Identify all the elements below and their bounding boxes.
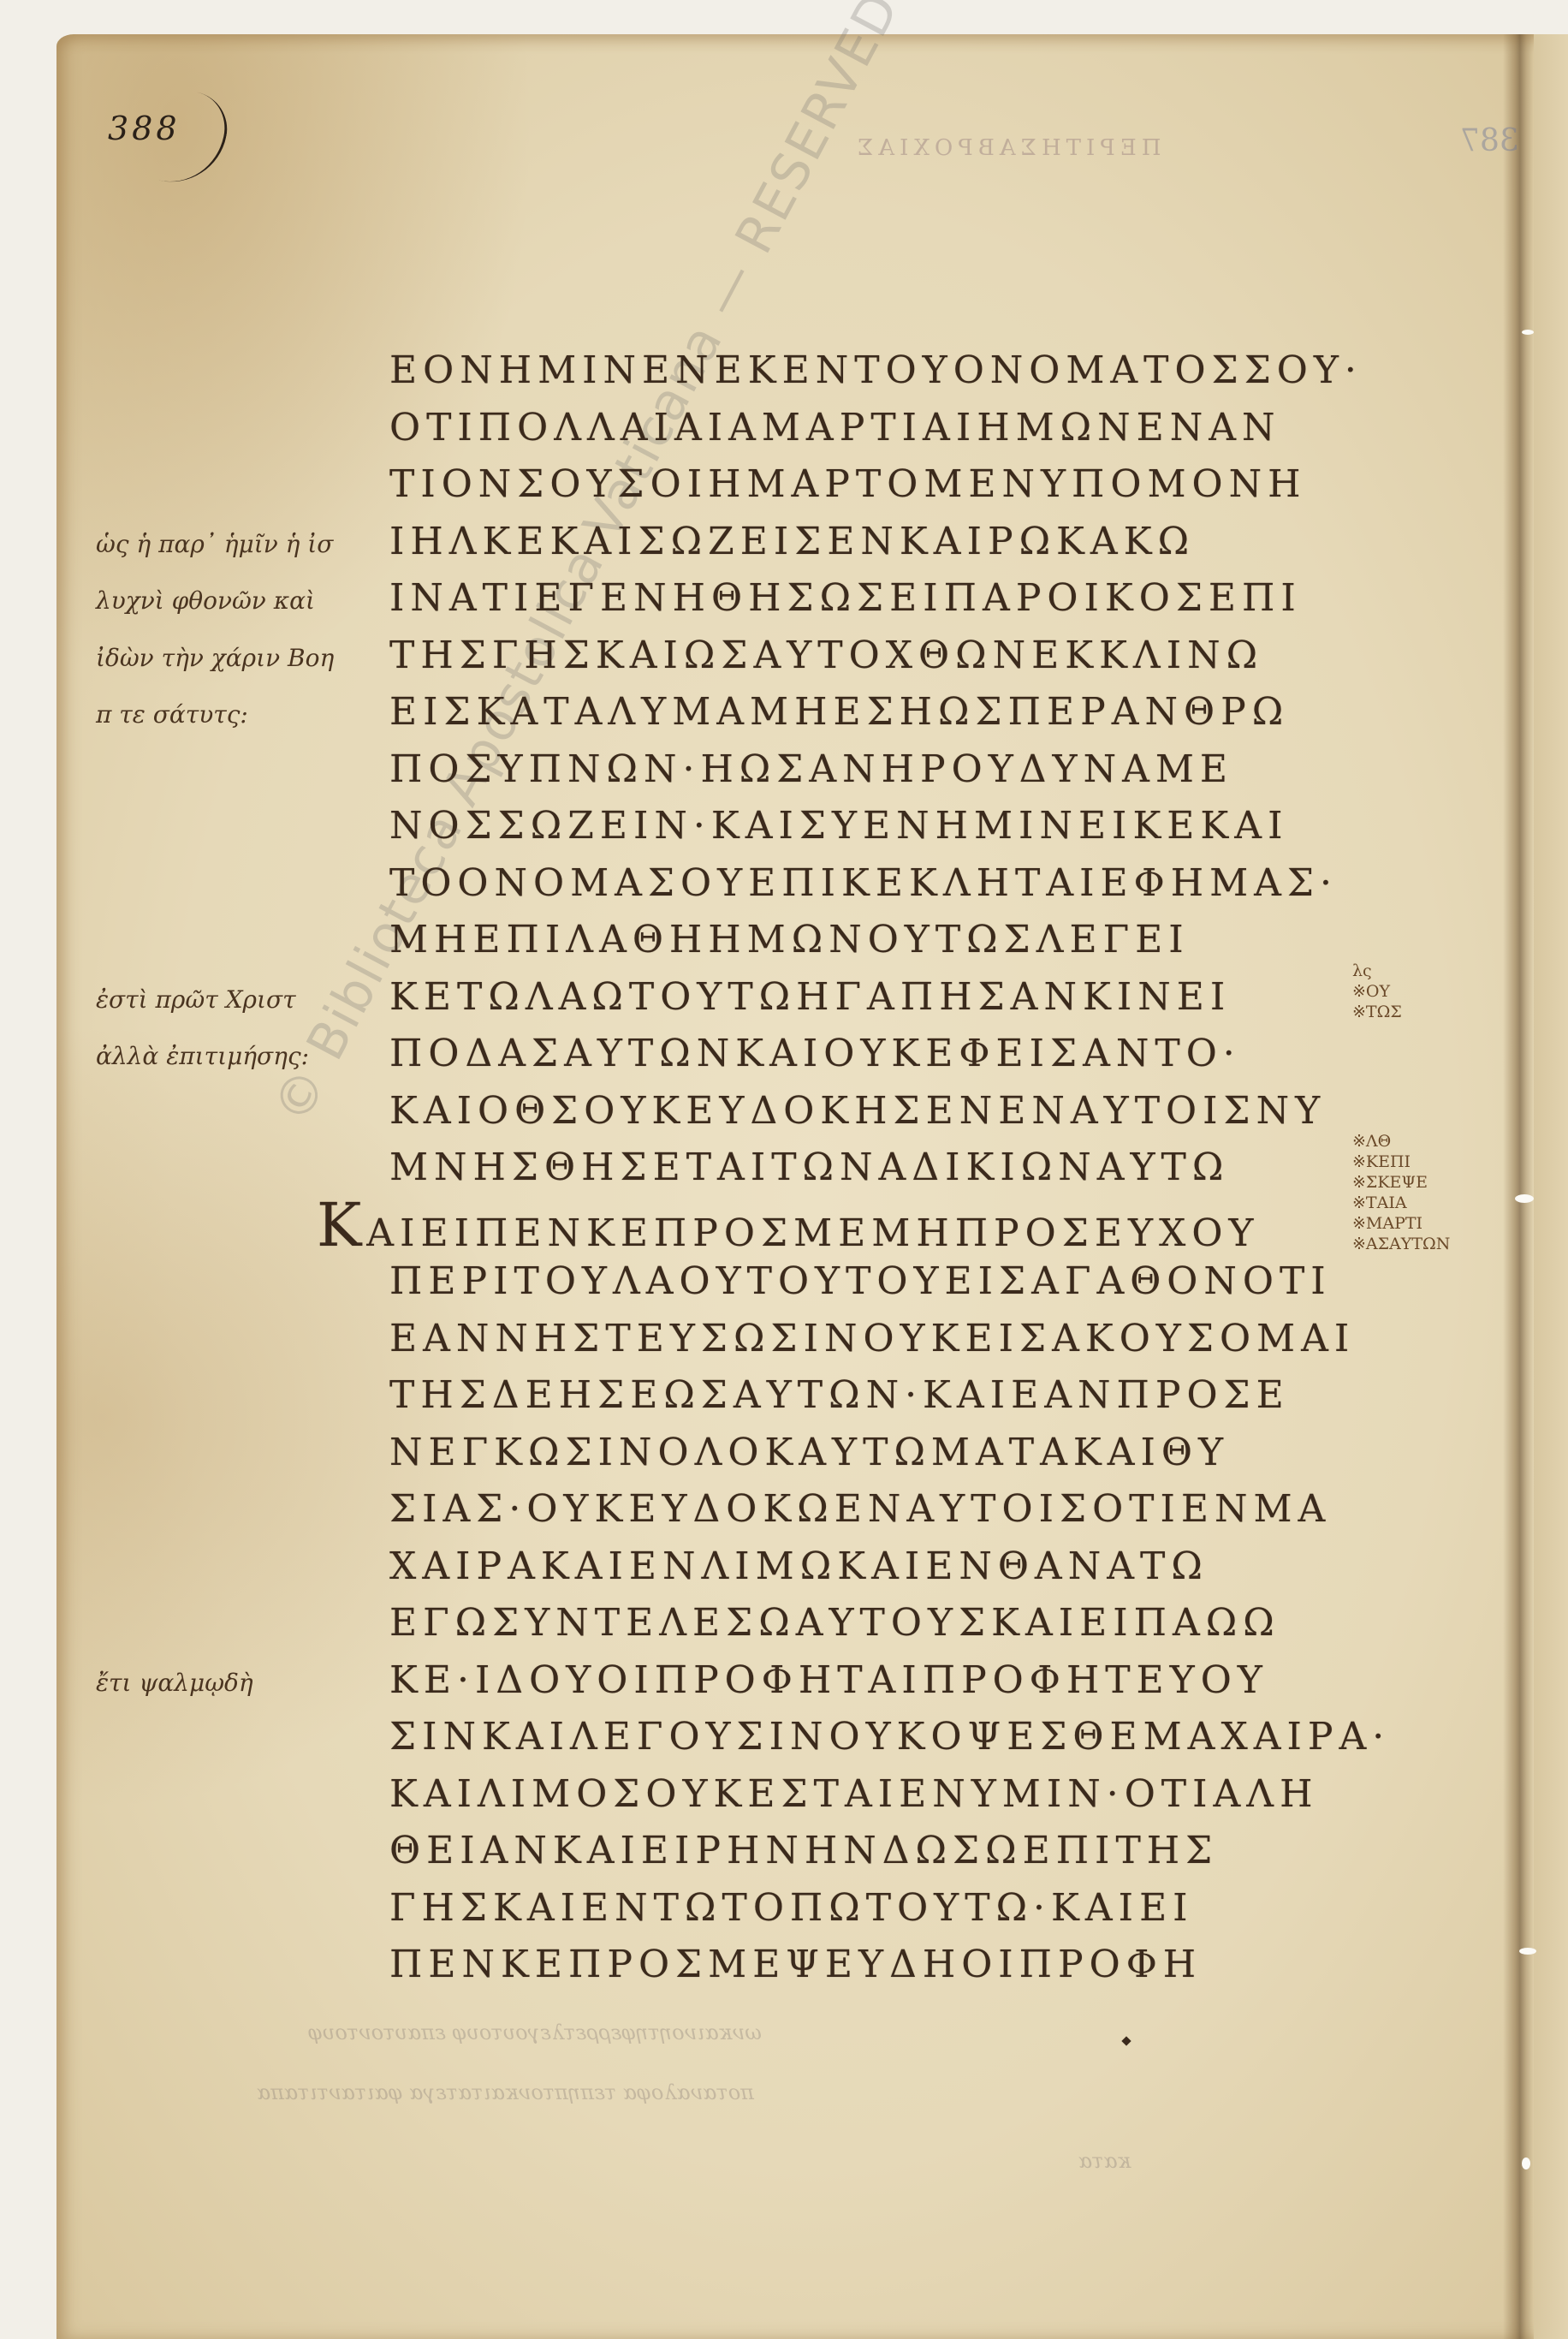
text-line: ΝΕΓΚΩΣΙΝΟΛΟΚΑΥΤΩΜΑΤΑΚΑΙΘΥ bbox=[389, 1425, 1434, 1482]
binding-hole bbox=[1522, 330, 1534, 335]
corrector-note-line: ※ΤΑΙΑ bbox=[1352, 1193, 1450, 1213]
binding-gutter bbox=[1503, 34, 1534, 2339]
text-line: ΝΟΣΣΩΖΕΙΝ·ΚΑΙΣΥΕΝΗΜΙΝΕΙΚΕΚΑΙ bbox=[389, 798, 1434, 855]
text-line: ΠΕΡΙΤΟΥΛΑΟΥΤΟΥΤΟΥΕΙΣΑΓΑΘΟΝΟΤΙ bbox=[389, 1253, 1434, 1311]
text-line: ΚΕ·ΙΔΟΥΟΙΠΡΟΦΗΤΑΙΠΡΟΦΗΤΕΥΟΥ bbox=[389, 1652, 1434, 1710]
marginal-annotation: ἀλλὰ ἐπιτιμήσης: bbox=[96, 1031, 309, 1082]
marginal-annotation: λυχνὶ φθονῶν καὶ bbox=[96, 575, 315, 627]
bleed-through-line: ωνκαινοητηφερρετλεγουτουφ επαυτοντουφ bbox=[308, 2021, 762, 2044]
corrector-note: ※ΛΘ※ΚΕΠΙ※ΣΚΕΨΕ※ΤΑΙΑ※ΜΑΡΤΙ※ΑΣΑΥΤΩΝ bbox=[1352, 1131, 1450, 1254]
text-line-content: ΑΙΕΙΠΕΝΚΕΠΡΟΣΜΕΜΗΠΡΟΣΕΥΧΟΥ bbox=[366, 1211, 1259, 1255]
text-line: ΘΕΙΑΝΚΑΙΕΙΡΗΝΗΝΔΩΣΩΕΠΙΤΗΣ bbox=[389, 1823, 1434, 1880]
text-line: ΓΗΣΚΑΙΕΝΤΩΤΟΠΩΤΟΥΤΩ·ΚΑΙΕΙ bbox=[389, 1880, 1434, 1937]
corrector-note-line: ※ΤΩΣ bbox=[1352, 1002, 1402, 1022]
corrector-note-line: ※ΛΘ bbox=[1352, 1131, 1450, 1152]
marginal-annotation: ἔτι ψαλμῳδὴ bbox=[96, 1658, 253, 1709]
text-line: ΚΑΙΟΘΣΟΥΚΕΥΔΟΚΗΣΕΝΕΝΑΥΤΟΙΣΝΥ bbox=[389, 1083, 1434, 1140]
text-line: ΤΗΣΓΗΣΚΑΙΩΣΑΥΤΟΧΘΩΝΕΚΚΛΙΝΩ bbox=[389, 628, 1434, 685]
text-line: ΤΗΣΔΕΗΣΕΩΣΑΥΤΩΝ·ΚΑΙΕΑΝΠΡΟΣΕ bbox=[389, 1367, 1434, 1425]
text-line: ΧΑΙΡΑΚΑΙΕΝΛΙΜΩΚΑΙΕΝΘΑΝΑΤΩ bbox=[389, 1539, 1434, 1596]
corrector-note-line: ※ΜΑΡΤΙ bbox=[1352, 1213, 1450, 1234]
text-line: ΚΑΙΛΙΜΟΣΟΥΚΕΣΤΑΙΕΝΥΜΙΝ·ΟΤΙΑΛΗ bbox=[389, 1766, 1434, 1824]
text-line: ΣΙΑΣ·ΟΥΚΕΥΔΟΚΩΕΝΑΥΤΟΙΣΟΤΙΕΝΜΑ bbox=[389, 1481, 1434, 1539]
marginal-annotation: ὡς ἡ παρ᾽ ἡμῖν ἡ ἰσ bbox=[96, 519, 333, 570]
text-line: ΕΑΝΝΗΣΤΕΥΣΩΣΙΝΟΥΚΕΙΣΑΚΟΥΣΟΜΑΙ bbox=[389, 1311, 1434, 1368]
marginal-annotation: ἰδὼν τὴν χάριν Βοη bbox=[96, 633, 334, 684]
marginal-annotation: π τε σάτυτς: bbox=[96, 689, 248, 741]
text-line: ΠΟΔΑΣΑΥΤΩΝΚΑΙΟΥΚΕΦΕΙΣΑΝΤΟ· bbox=[389, 1026, 1434, 1083]
marginal-annotation: ἐστὶ πρῶτ Χριστ bbox=[96, 974, 296, 1026]
text-line: ΙΗΛΚΕΚΑΙΣΩΖΕΙΣΕΝΚΑΙΡΩΚΑΚΩ bbox=[389, 514, 1434, 571]
corrector-note: λς※ΟΥ※ΤΩΣ bbox=[1352, 961, 1402, 1022]
text-line: ΕΟΝΗΜΙΝΕΝΕΚΕΝΤΟΥΟΝΟΜΑΤΟΣΣΟΥ· bbox=[389, 342, 1434, 400]
binding-hole bbox=[1522, 2157, 1530, 2169]
text-line: ΠΕΝΚΕΠΡΟΣΜΕΨΕΥΔΗΟΙΠΡΟΦΗ bbox=[389, 1937, 1434, 1994]
decorated-initial: Κ bbox=[317, 1190, 361, 1260]
text-line: ΕΙΣΚΑΤΑΛΥΜΑΜΗΕΣΗΩΣΠΕΡΑΝΘΡΩ bbox=[389, 684, 1434, 741]
binding-hole bbox=[1515, 1194, 1534, 1203]
corrector-note-line: ※ΟΥ bbox=[1352, 981, 1402, 1002]
text-line: ΤΙΟΝΣΟΥΣΟΙΗΜΑΡΤΟΜΕΝΥΠΟΜΟΝΗ bbox=[389, 456, 1434, 514]
bleed-through-line: ποταναλοφα τεπηπτονκαιτατεγα φαιταντιταπ… bbox=[257, 2080, 754, 2104]
corrector-note-line: ※ΣΚΕΨΕ bbox=[1352, 1172, 1450, 1193]
text-line: ΜΝΗΣΘΗΣΕΤΑΙΤΩΝΑΔΙΚΙΩΝΑΥΤΩ bbox=[389, 1140, 1434, 1197]
text-line: ΚΕΤΩΛΑΩΤΟΥΤΩΗΓΑΠΗΣΑΝΚΙΝΕΙ bbox=[389, 969, 1434, 1027]
text-line: ΚΑΙΕΙΠΕΝΚΕΠΡΟΣΜΕΜΗΠΡΟΣΕΥΧΟΥ bbox=[317, 1197, 1434, 1254]
bleed-through-header: ΠΕΡΙΤΗΣΑΒΡΟΧΙΑΣ bbox=[852, 135, 1161, 161]
corrector-note-line: λς bbox=[1352, 961, 1402, 981]
text-line: ΟΤΙΠΟΛΛΑΙΑΙΑΜΑΡΤΙΑΙΗΜΩΝΕΝΑΝ bbox=[389, 400, 1434, 457]
binding-hole bbox=[1519, 1948, 1536, 1955]
main-text-block: ΕΟΝΗΜΙΝΕΝΕΚΕΝΤΟΥΟΝΟΜΑΤΟΣΣΟΥ·ΟΤΙΠΟΛΛΑΙΑΙΑ… bbox=[389, 342, 1434, 1994]
bleed-through-folio-number: 387 bbox=[1460, 123, 1519, 158]
text-line: ΠΟΣΥΠΝΩΝ·ΗΩΣΑΝΗΡΟΥΔΥΝΑΜΕ bbox=[389, 741, 1434, 799]
text-line: ΤΟΟΝΟΜΑΣΟΥΕΠΙΚΕΚΛΗΤΑΙΕΦΗΜΑΣ· bbox=[389, 855, 1434, 913]
facing-page-edge bbox=[1534, 34, 1568, 2339]
bleed-through-line: κατα bbox=[1078, 2149, 1131, 2173]
text-line: ΜΗΕΠΙΛΑΘΗΗΜΩΝΟΥΤΩΣΛΕΓΕΙ bbox=[389, 912, 1434, 969]
corrector-note-line: ※ΚΕΠΙ bbox=[1352, 1152, 1450, 1172]
text-line: ΣΙΝΚΑΙΛΕΓΟΥΣΙΝΟΥΚΟΨΕΣΘΕΜΑΧΑΙΡΑ· bbox=[389, 1709, 1434, 1766]
corrector-note-line: ※ΑΣΑΥΤΩΝ bbox=[1352, 1234, 1450, 1254]
text-line: ΕΓΩΣΥΝΤΕΛΕΣΩΑΥΤΟΥΣΚΑΙΕΙΠΑΩΩ bbox=[389, 1595, 1434, 1652]
text-line: ΙΝΑΤΙΕΓΕΝΗΘΗΣΩΣΕΙΠΑΡΟΙΚΟΣΕΠΙ bbox=[389, 570, 1434, 628]
